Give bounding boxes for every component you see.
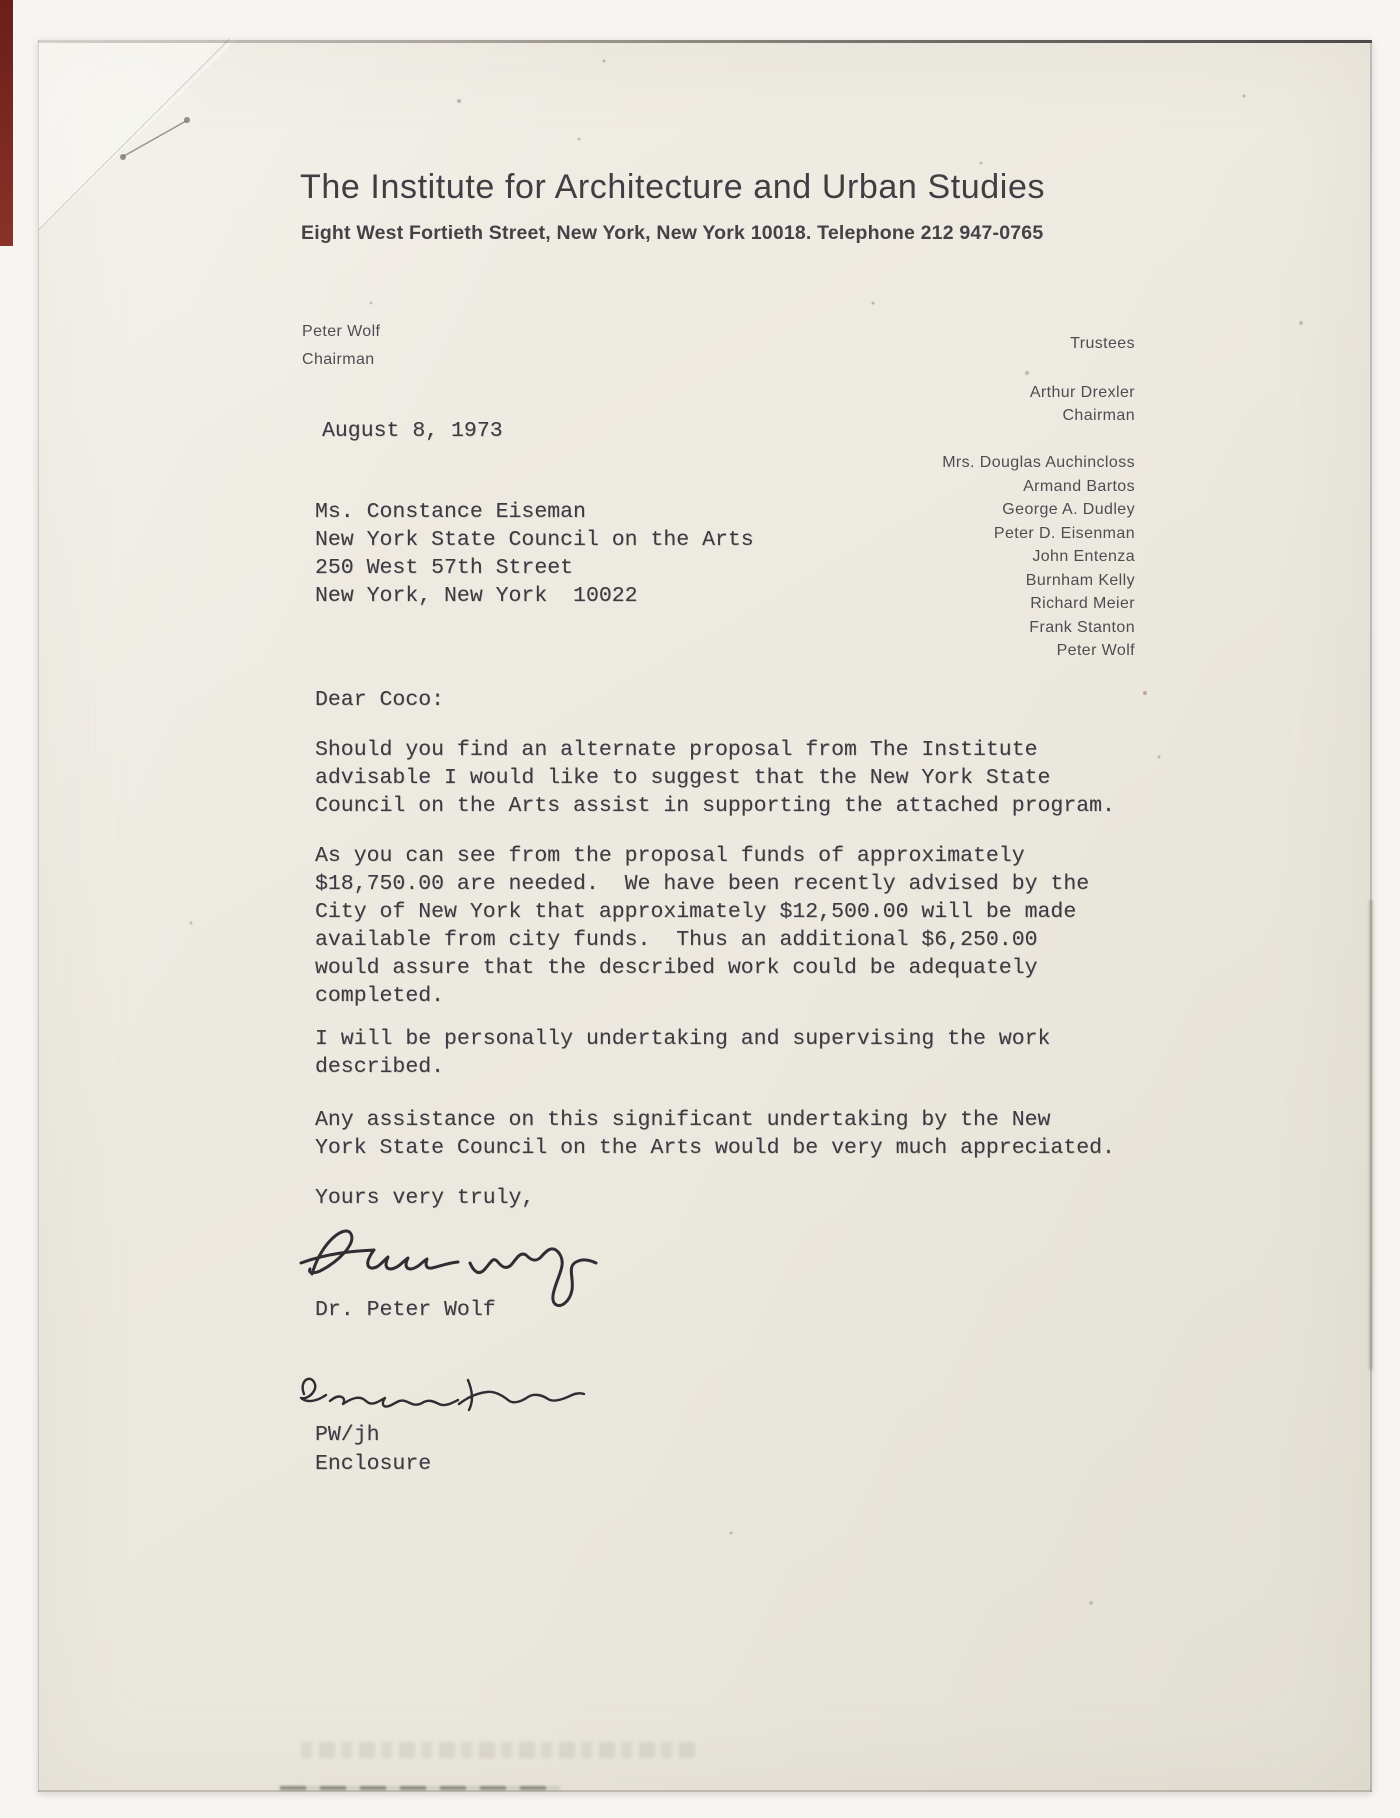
body-paragraph: As you can see from the proposal funds o… [315,842,1089,1010]
reference-initials: PW/jh [315,1421,380,1449]
trustee-member: Peter D. Eisenman [942,522,1135,546]
recipient-address: Ms. Constance Eiseman New York State Cou… [315,498,754,610]
secretary-signature [296,1370,586,1422]
paper-left-edge [38,40,39,1792]
pen-scratch-mark [113,110,203,170]
trustees-heading: Trustees [942,332,1135,355]
ink-bleed-through [300,1742,695,1758]
trustee-member: George A. Dudley [942,498,1135,522]
trustees-chairman-block: Arthur Drexler Chairman [942,381,1135,427]
organization-name: The Institute for Architecture and Urban… [300,168,1045,207]
scanned-letter: The Institute for Architecture and Urban… [0,0,1400,1818]
trustee-member: Burnham Kelly [942,569,1135,593]
trustee-member: Frank Stanton [942,616,1135,640]
body-paragraph: Any assistance on this significant under… [315,1106,1115,1162]
closing-line: Yours very truly, [315,1184,534,1212]
trustees-chairman-title: Chairman [942,404,1135,427]
trustee-member: Richard Meier [942,592,1135,616]
trustees-chairman-name: Arthur Drexler [942,381,1135,404]
right-edge-crinkle [1369,900,1373,1370]
trustee-member: Peter Wolf [942,639,1135,663]
trustees-block: Trustees Arthur Drexler Chairman Mrs. Do… [942,332,1135,663]
trustee-member: John Entenza [942,545,1135,569]
trustee-member: Armand Bartos [942,475,1135,499]
bottom-edge-smudge [280,1786,560,1790]
paper-bottom-edge [38,1790,1372,1792]
officer-title: Chairman [302,346,380,374]
organization-address: Eight West Fortieth Street, New York, Ne… [301,222,1043,245]
signer-name: Dr. Peter Wolf [315,1296,496,1324]
officer-block: Peter Wolf Chairman [302,318,380,374]
enclosure-note: Enclosure [315,1450,431,1478]
paper-top-edge [38,40,1372,43]
body-paragraph: I will be personally undertaking and sup… [315,1025,1050,1081]
body-paragraph: Should you find an alternate proposal fr… [315,736,1115,820]
trustees-member-list: Mrs. Douglas Auchincloss Armand Bartos G… [942,451,1135,663]
letter-page: The Institute for Architecture and Urban… [38,40,1372,1792]
paper-specks [38,40,40,42]
officer-name: Peter Wolf [302,318,380,346]
scan-edge-artifact [0,0,13,246]
salutation: Dear Coco: [315,686,444,714]
letter-date: August 8, 1973 [322,417,503,445]
trustee-member: Mrs. Douglas Auchincloss [942,451,1135,475]
